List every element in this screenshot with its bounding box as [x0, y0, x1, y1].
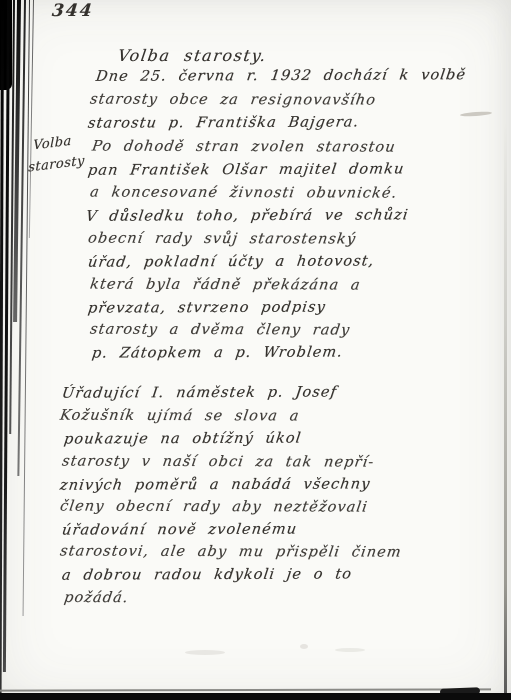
text-line: starosty a dvěma členy rady	[89, 322, 351, 339]
text-line: starostu p. Františka Bajgera.	[87, 114, 360, 131]
text-line: požádá.	[63, 590, 130, 606]
scan-smudge	[300, 644, 308, 649]
binding-edge	[0, 0, 40, 700]
text-line: a koncesované živnosti obuvnické.	[89, 184, 398, 201]
text-line: V důsledku toho, přebírá ve schůzi	[85, 207, 410, 224]
text-line: Po dohodě stran zvolen starostou	[91, 138, 397, 155]
text-line: starostovi, ale aby mu přispěli činem	[59, 543, 403, 560]
text-line: starosty v naší obci za tak nepří-	[61, 453, 375, 470]
margin-note-line1: Volba	[33, 134, 72, 154]
text-line: Úřadující I. náměstek p. Josef	[61, 384, 338, 401]
text-line: Kožušník ujímá se slova a	[59, 408, 301, 425]
scan-bottom-thin-line	[0, 688, 491, 691]
text-line: Dne 25. června r. 1932 dochází k volbě	[95, 67, 467, 85]
text-line: p. Zátopkem a p. Wroblem.	[91, 344, 344, 361]
text-line: a dobrou radou kdykoli je o to	[61, 566, 353, 583]
text-line: převzata, stvrzeno podpisy	[87, 299, 327, 316]
manuscript-page: 344 Volba starosty Volba starosty. Dne 2…	[0, 0, 511, 700]
text-line: úřad, pokladní účty a hotovost,	[87, 253, 376, 270]
text-line: obecní rady svůj starostenský	[87, 231, 357, 248]
section-heading: Volba starosty.	[117, 46, 268, 65]
text-line: starosty obce za resignovavšího	[89, 92, 377, 109]
text-line: úřadování nově zvolenému	[61, 521, 298, 538]
scan-smudge	[185, 650, 225, 655]
scan-smudge	[335, 648, 365, 652]
scan-bottom-bar	[0, 693, 511, 700]
text-line: poukazuje na obtížný úkol	[63, 430, 303, 447]
binding-streak	[3, 0, 10, 672]
text-line: pan František Olšar majitel domku	[87, 161, 406, 178]
text-line: která byla řádně překázána a	[89, 277, 362, 294]
scan-edge-line	[504, 120, 507, 700]
text-line: členy obecní rady aby neztěžovali	[59, 498, 369, 515]
text-line: znivých poměrů a nabádá všechny	[59, 476, 372, 493]
page-number: 344	[51, 1, 95, 21]
scan-smudge	[460, 111, 492, 117]
